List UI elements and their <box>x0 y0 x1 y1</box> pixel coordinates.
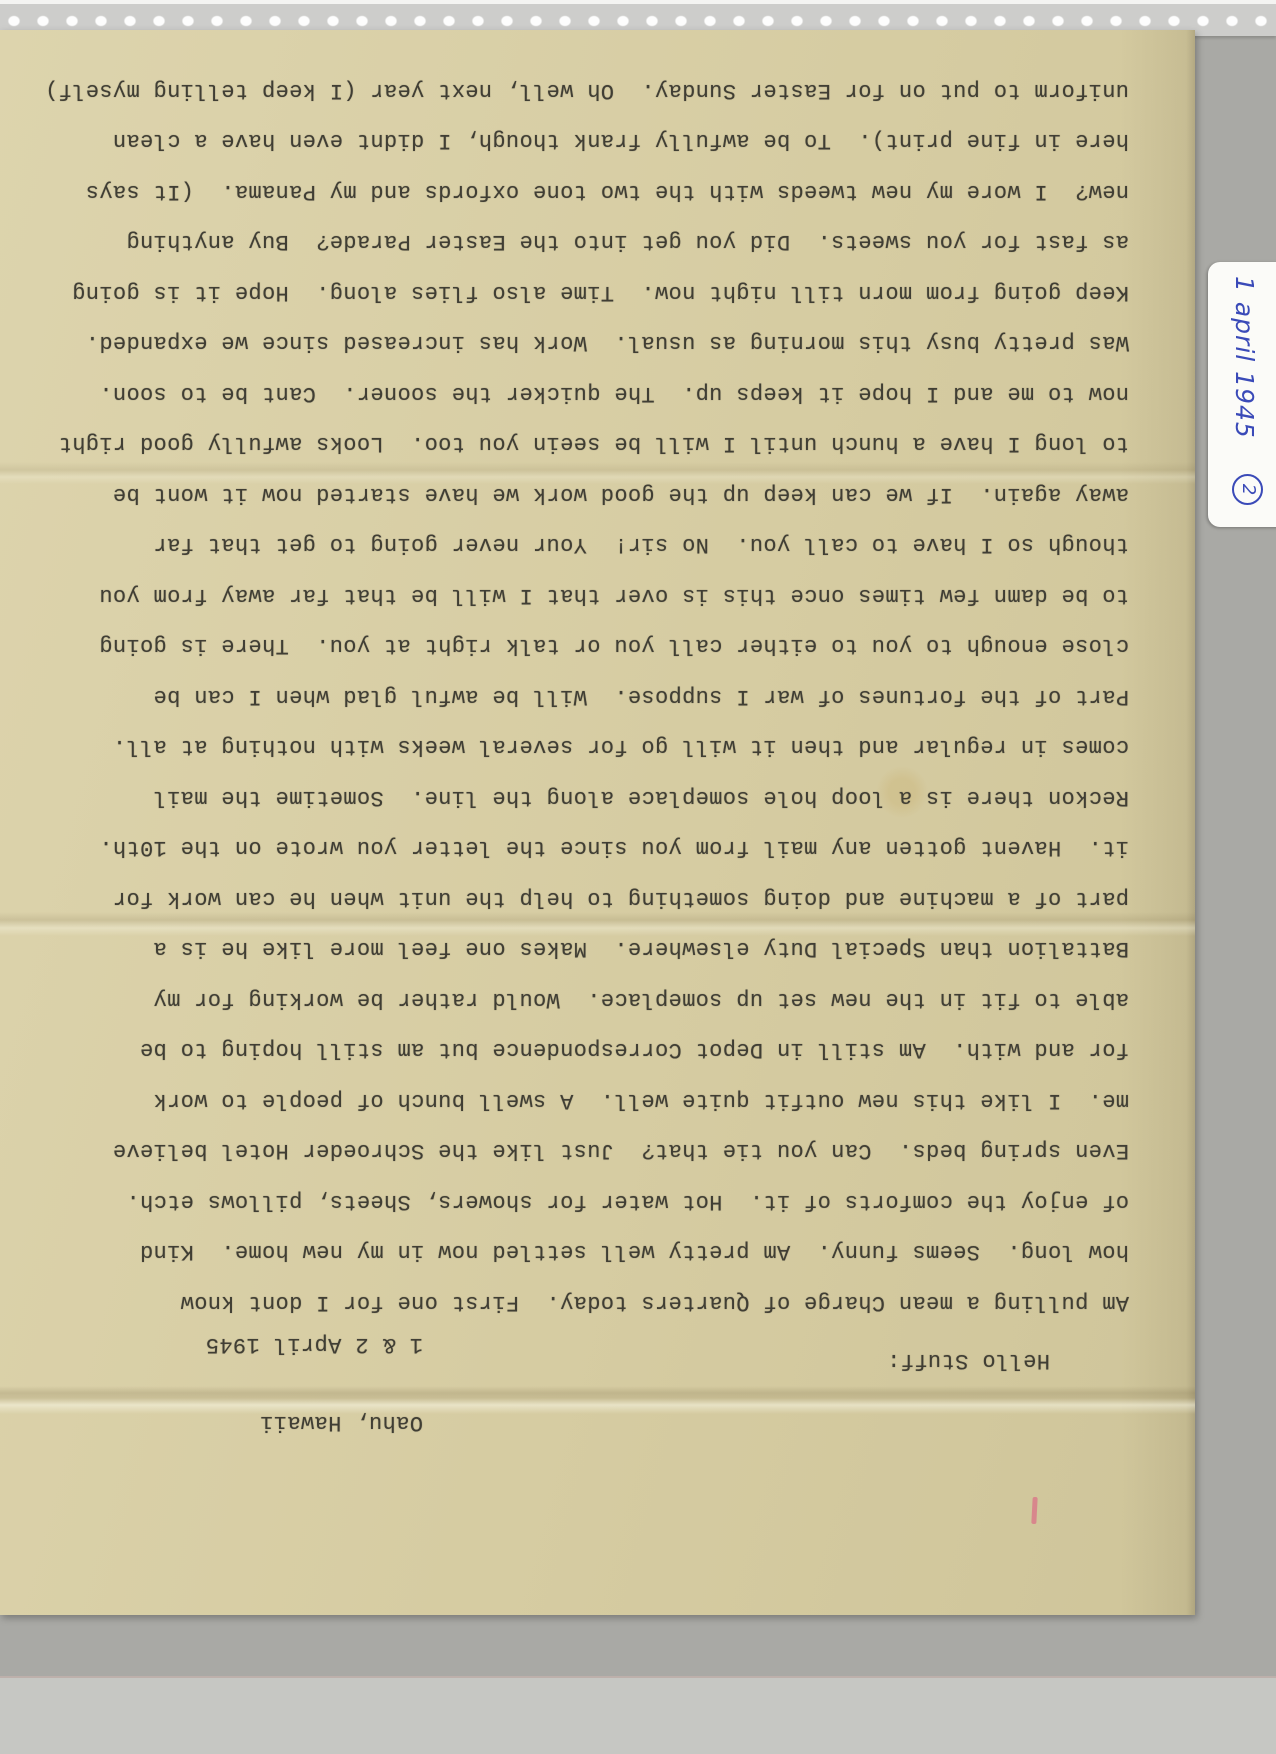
body-line: Even spring beds. Can you tie that? Just… <box>54 1125 1129 1176</box>
body-line: to long I have a hunch until I will be s… <box>54 418 1129 469</box>
body-line: uniform to put on for Easter Sunday. Oh … <box>54 65 1129 116</box>
body-line: Reckon there is a loop hole someplace al… <box>54 772 1129 823</box>
body-line: here in fine print). To be awfully frank… <box>54 115 1129 166</box>
dateline-location: Oahu, Hawaii <box>205 1409 423 1435</box>
body-line: able to fit in the new set up someplace.… <box>54 974 1129 1025</box>
scanned-letter-page: { "scan": { "paper_color": "#d6cca2", "b… <box>0 0 1276 1754</box>
body-line: of enjoy the comforts of it. Hot water f… <box>54 1176 1129 1227</box>
body-line: it. Havent gotten any mail from you sinc… <box>54 822 1129 873</box>
body-line: comes in regular and then it will go for… <box>54 721 1129 772</box>
body-line: to be damn few times once this is over t… <box>54 570 1129 621</box>
body-line: as fast for you sweets. Did you get into… <box>54 216 1129 267</box>
note-handwritten-date: 1 april 1945 <box>1230 276 1259 476</box>
body-line: how long. Seems funny. Am pretty well se… <box>54 1226 1129 1277</box>
body-line: Part of the fortunes of war I suppose. W… <box>54 671 1129 722</box>
letter-paper: Oahu, Hawaii 1 & 2 April 1945 Hello Stuf… <box>0 30 1195 1615</box>
body-line: now to me and I hope it keeps up. The qu… <box>54 368 1129 419</box>
body-line: Was pretty busy this morning as usual. W… <box>54 317 1129 368</box>
typed-letter: Oahu, Hawaii 1 & 2 April 1945 Hello Stuf… <box>0 30 1195 1615</box>
body-line: away again. If we can keep up the good w… <box>54 469 1129 520</box>
body-line: close enough to you to either call you o… <box>54 620 1129 671</box>
body-line: new? I wore my new tweeds with the two t… <box>54 166 1129 217</box>
body-line: for and with. Am still in Depot Correspo… <box>54 1024 1129 1075</box>
body-line: Keep going from morn till night now. Tim… <box>54 267 1129 318</box>
body-line: me. I like this new outfit quite well. A… <box>54 1075 1129 1126</box>
sticky-note: 1 april 1945 2 <box>1208 262 1276 527</box>
body-line: though so I have to call you. No sir! Yo… <box>54 519 1129 570</box>
note-circled-number: 2 <box>1232 474 1263 505</box>
body-line: part of a machine and doing something to… <box>54 873 1129 924</box>
scanner-background-band <box>0 1676 1276 1754</box>
body-line: Battalion than Special Duty elsewhere. M… <box>54 923 1129 974</box>
letter-body: Am pulling a mean Charge of Quarters tod… <box>54 65 1129 1328</box>
body-line: Am pulling a mean Charge of Quarters tod… <box>54 1277 1129 1328</box>
dateline-date: 1 & 2 April 1945 <box>205 1331 423 1357</box>
salutation: Hello Stuff: <box>887 1345 1050 1375</box>
